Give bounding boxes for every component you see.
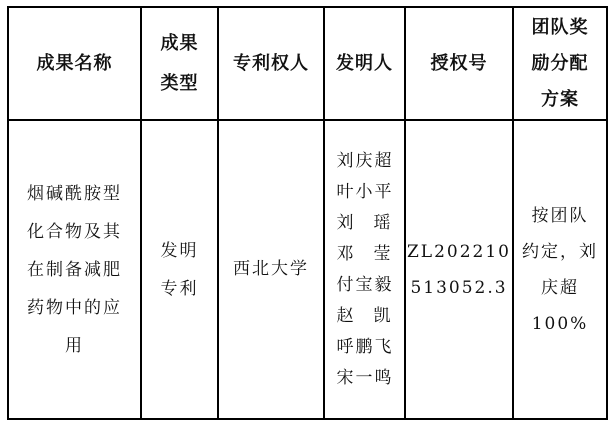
- header-achievement-name: 成果名称: [8, 7, 141, 120]
- header-achievement-type: 成果 类型: [141, 7, 218, 120]
- header-patentee: 专利权人: [218, 7, 324, 120]
- cell-achievement-name: 烟碱酰胺型 化合物及其 在制备减肥 药物中的应 用: [8, 120, 141, 419]
- header-inventors: 发明人: [324, 7, 405, 120]
- cell-patentee: 西北大学: [218, 120, 324, 419]
- inventor-name: 邓莹: [337, 239, 393, 270]
- header-team-reward: 团队奖 励分配 方案: [513, 7, 607, 120]
- achievement-table: 成果名称 成果 类型 专利权人 发明人 授权号 团队奖 励分配 方案 烟碱酰胺型…: [7, 6, 608, 420]
- inventor-name: 付宝毅: [337, 270, 393, 301]
- inventor-name: 刘庆超: [337, 146, 393, 177]
- inventor-name: 赵凯: [337, 301, 393, 332]
- cell-team-reward: 按团队 约定，刘 庆超 100%: [513, 120, 607, 419]
- inventor-name: 宋一鸣: [337, 363, 393, 394]
- inventor-name: 刘瑶: [337, 208, 393, 239]
- header-row: 成果名称 成果 类型 专利权人 发明人 授权号 团队奖 励分配 方案: [8, 7, 607, 120]
- cell-achievement-type: 发明 专利: [141, 120, 218, 419]
- inventor-name: 叶小平: [337, 177, 393, 208]
- inventor-name: 呼鹏飞: [337, 332, 393, 363]
- table-row: 烟碱酰胺型 化合物及其 在制备减肥 药物中的应 用 发明 专利 西北大学 刘庆超…: [8, 120, 607, 419]
- cell-grant-no: ZL202210 513052.3: [405, 120, 513, 419]
- cell-inventors: 刘庆超 叶小平 刘瑶 邓莹 付宝毅 赵凯 呼鹏飞 宋一鸣: [324, 120, 405, 419]
- header-grant-no: 授权号: [405, 7, 513, 120]
